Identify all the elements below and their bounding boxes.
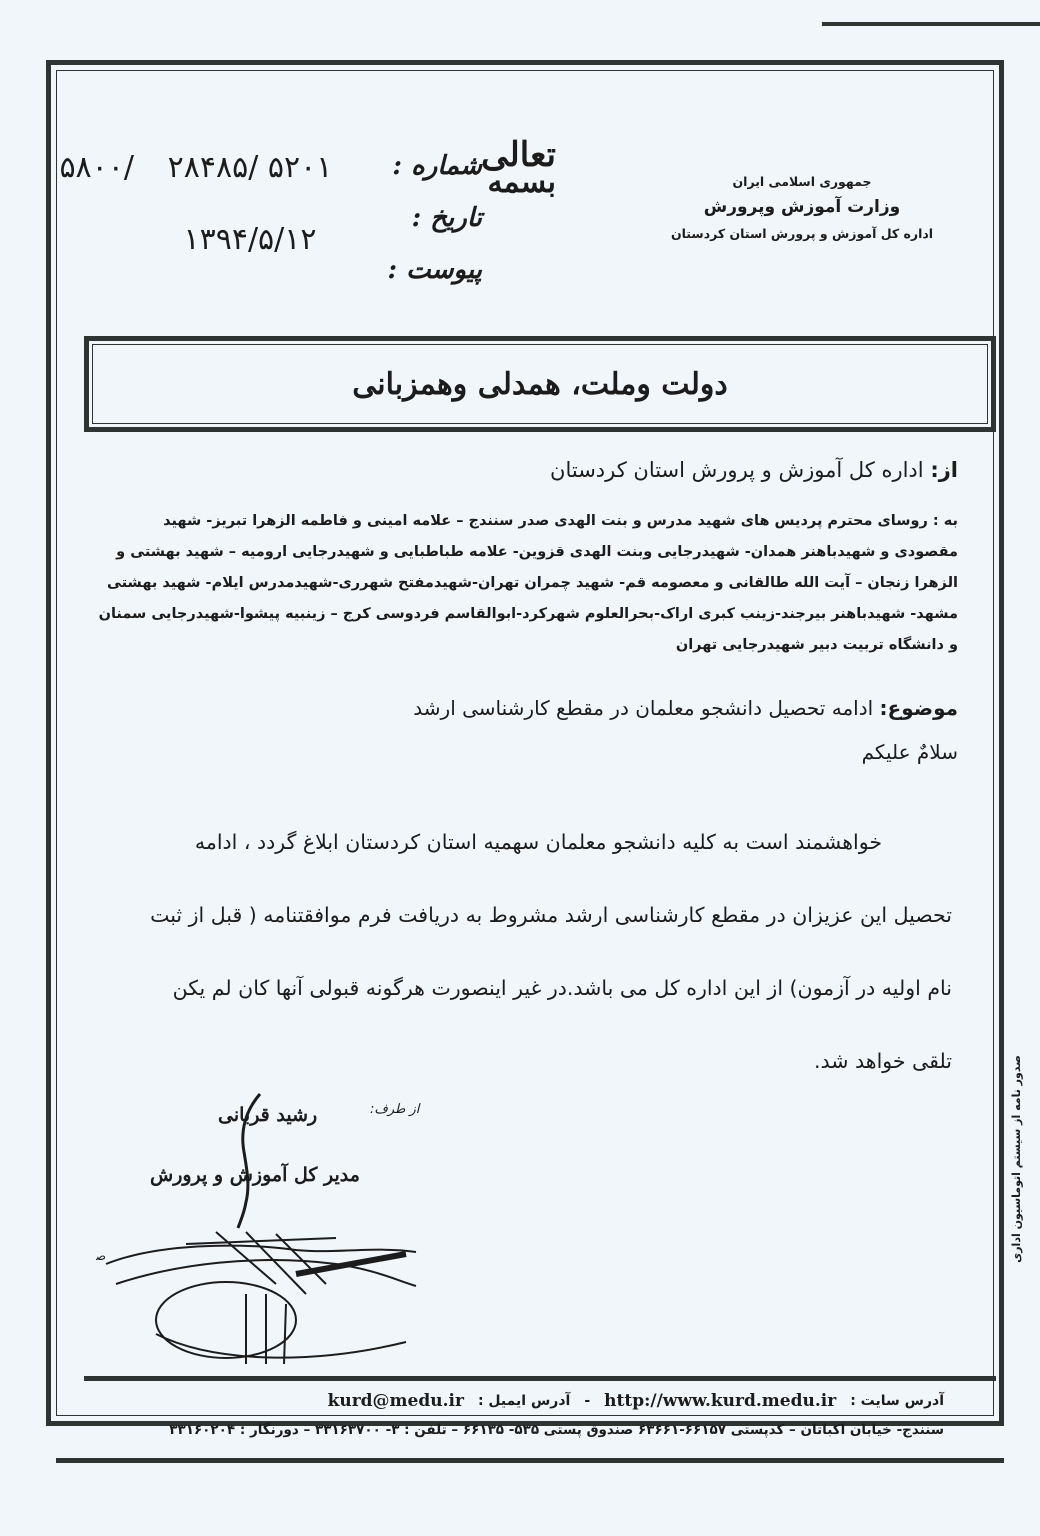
- official-seal-icon: صادر: [96, 1224, 426, 1374]
- recipient-line: و دانشگاه تربیت دبیر شهیدرجایی تهران: [96, 630, 958, 661]
- date-label: تاریخ :: [382, 192, 482, 244]
- subject-value: ادامه تحصیل دانشجو معلمان در مقطع کارشنا…: [413, 696, 873, 720]
- recipients: به : روسای محترم پردیس های شهید مدرس و ب…: [96, 506, 958, 661]
- body-line: تحصیل این عزیزان در مقطع کارشناسی ارشد م…: [96, 879, 952, 952]
- recipient-line: مشهد- شهیدباهنر بیرجند-زینب کبری اراک-بح…: [96, 599, 958, 630]
- page-border-inner: [56, 70, 994, 1416]
- slogan-text: دولت وملت، همدلی وهمزبانی: [352, 367, 728, 402]
- body-paragraph: خواهشمند است به کلیه دانشجو معلمان سهمیه…: [96, 806, 952, 1098]
- footer-address: سنندج- خیابان اکباتان – کدپستی ۶۶۱۵۷-۶۳۶…: [114, 1422, 944, 1448]
- body-line: نام اولیه در آزمون) از این اداره کل می ب…: [96, 952, 952, 1025]
- body-line: تلقی خواهد شد.: [96, 1025, 952, 1098]
- side-note-text: صدور نامه از سیستم اتوماسیون اداری: [1010, 1052, 1023, 1266]
- subject-label: موضوع:: [880, 696, 958, 720]
- recipient-line: الزهرا زنجان – آیت الله طالقانی و معصومه…: [96, 568, 958, 599]
- footer-email[interactable]: kurd@medu.ir: [328, 1391, 464, 1411]
- top-edge-rule: [822, 22, 1040, 26]
- recipient-line: مقصودی و شهیدباهنر همدان- شهیدرجایی وبنت…: [96, 537, 958, 568]
- body-line: خواهشمند است به کلیه دانشجو معلمان سهمیه…: [96, 806, 952, 879]
- footer-website-label: آدرس سایت :: [850, 1393, 944, 1409]
- signature-from-label: از طرف:: [370, 1102, 419, 1117]
- number-label: شماره :: [382, 140, 482, 192]
- footer-bottom-rule: [56, 1458, 1004, 1463]
- recipient-line: به : روسای محترم پردیس های شهید مدرس و ب…: [96, 506, 958, 537]
- invocation-bottom: بسمه: [492, 168, 556, 198]
- footer-contact-line: kurd@medu.ir آدرس ایمیل : - http://www.k…: [114, 1386, 944, 1416]
- country-name: جمهوری اسلامی ایران: [652, 176, 952, 189]
- letterhead: جمهوری اسلامی ایران وزارت آموزش وپرورش ا…: [652, 176, 952, 240]
- footer-separator: -: [584, 1393, 590, 1409]
- side-note: صدور نامه از سیستم اتوماسیون اداری: [1004, 1052, 1034, 1272]
- invocation-calligraphy: تعالی بسمه: [492, 138, 556, 228]
- to-label: به :: [933, 513, 958, 529]
- from-line: از: اداره کل آموزش و پرورش استان کردستان: [550, 458, 958, 482]
- letter-number-prefix: /۵۸۰۰: [62, 150, 134, 185]
- handwritten-signature-icon: [220, 1090, 280, 1230]
- footer-email-label: آدرس ایمیل :: [478, 1393, 570, 1409]
- footer-top-rule: [84, 1376, 996, 1381]
- letter-number: ۵۲۰۱ /۲۸۴۸۵: [140, 150, 360, 185]
- from-value: اداره کل آموزش و پرورش استان کردستان: [550, 458, 924, 482]
- department-name: اداره کل آموزش و پرورش استان کردستان: [652, 228, 952, 241]
- footer-website[interactable]: http://www.kurd.medu.ir: [604, 1391, 836, 1411]
- letter-meta-labels: شماره : تاریخ : پیوست :: [382, 140, 482, 296]
- slogan-box: دولت وملت، همدلی وهمزبانی: [92, 344, 988, 424]
- from-label: از:: [930, 458, 958, 482]
- ministry-name: وزارت آموزش وپرورش: [652, 199, 952, 216]
- svg-text:صادر: صادر: [96, 1249, 106, 1264]
- letter-date: ۱۳۹۴/۵/۱۲: [150, 222, 350, 257]
- greeting: سلامٌ علیکم: [862, 740, 958, 764]
- attachment-label: پیوست :: [382, 244, 482, 296]
- subject-line: موضوع: ادامه تحصیل دانشجو معلمان در مقطع…: [413, 696, 958, 720]
